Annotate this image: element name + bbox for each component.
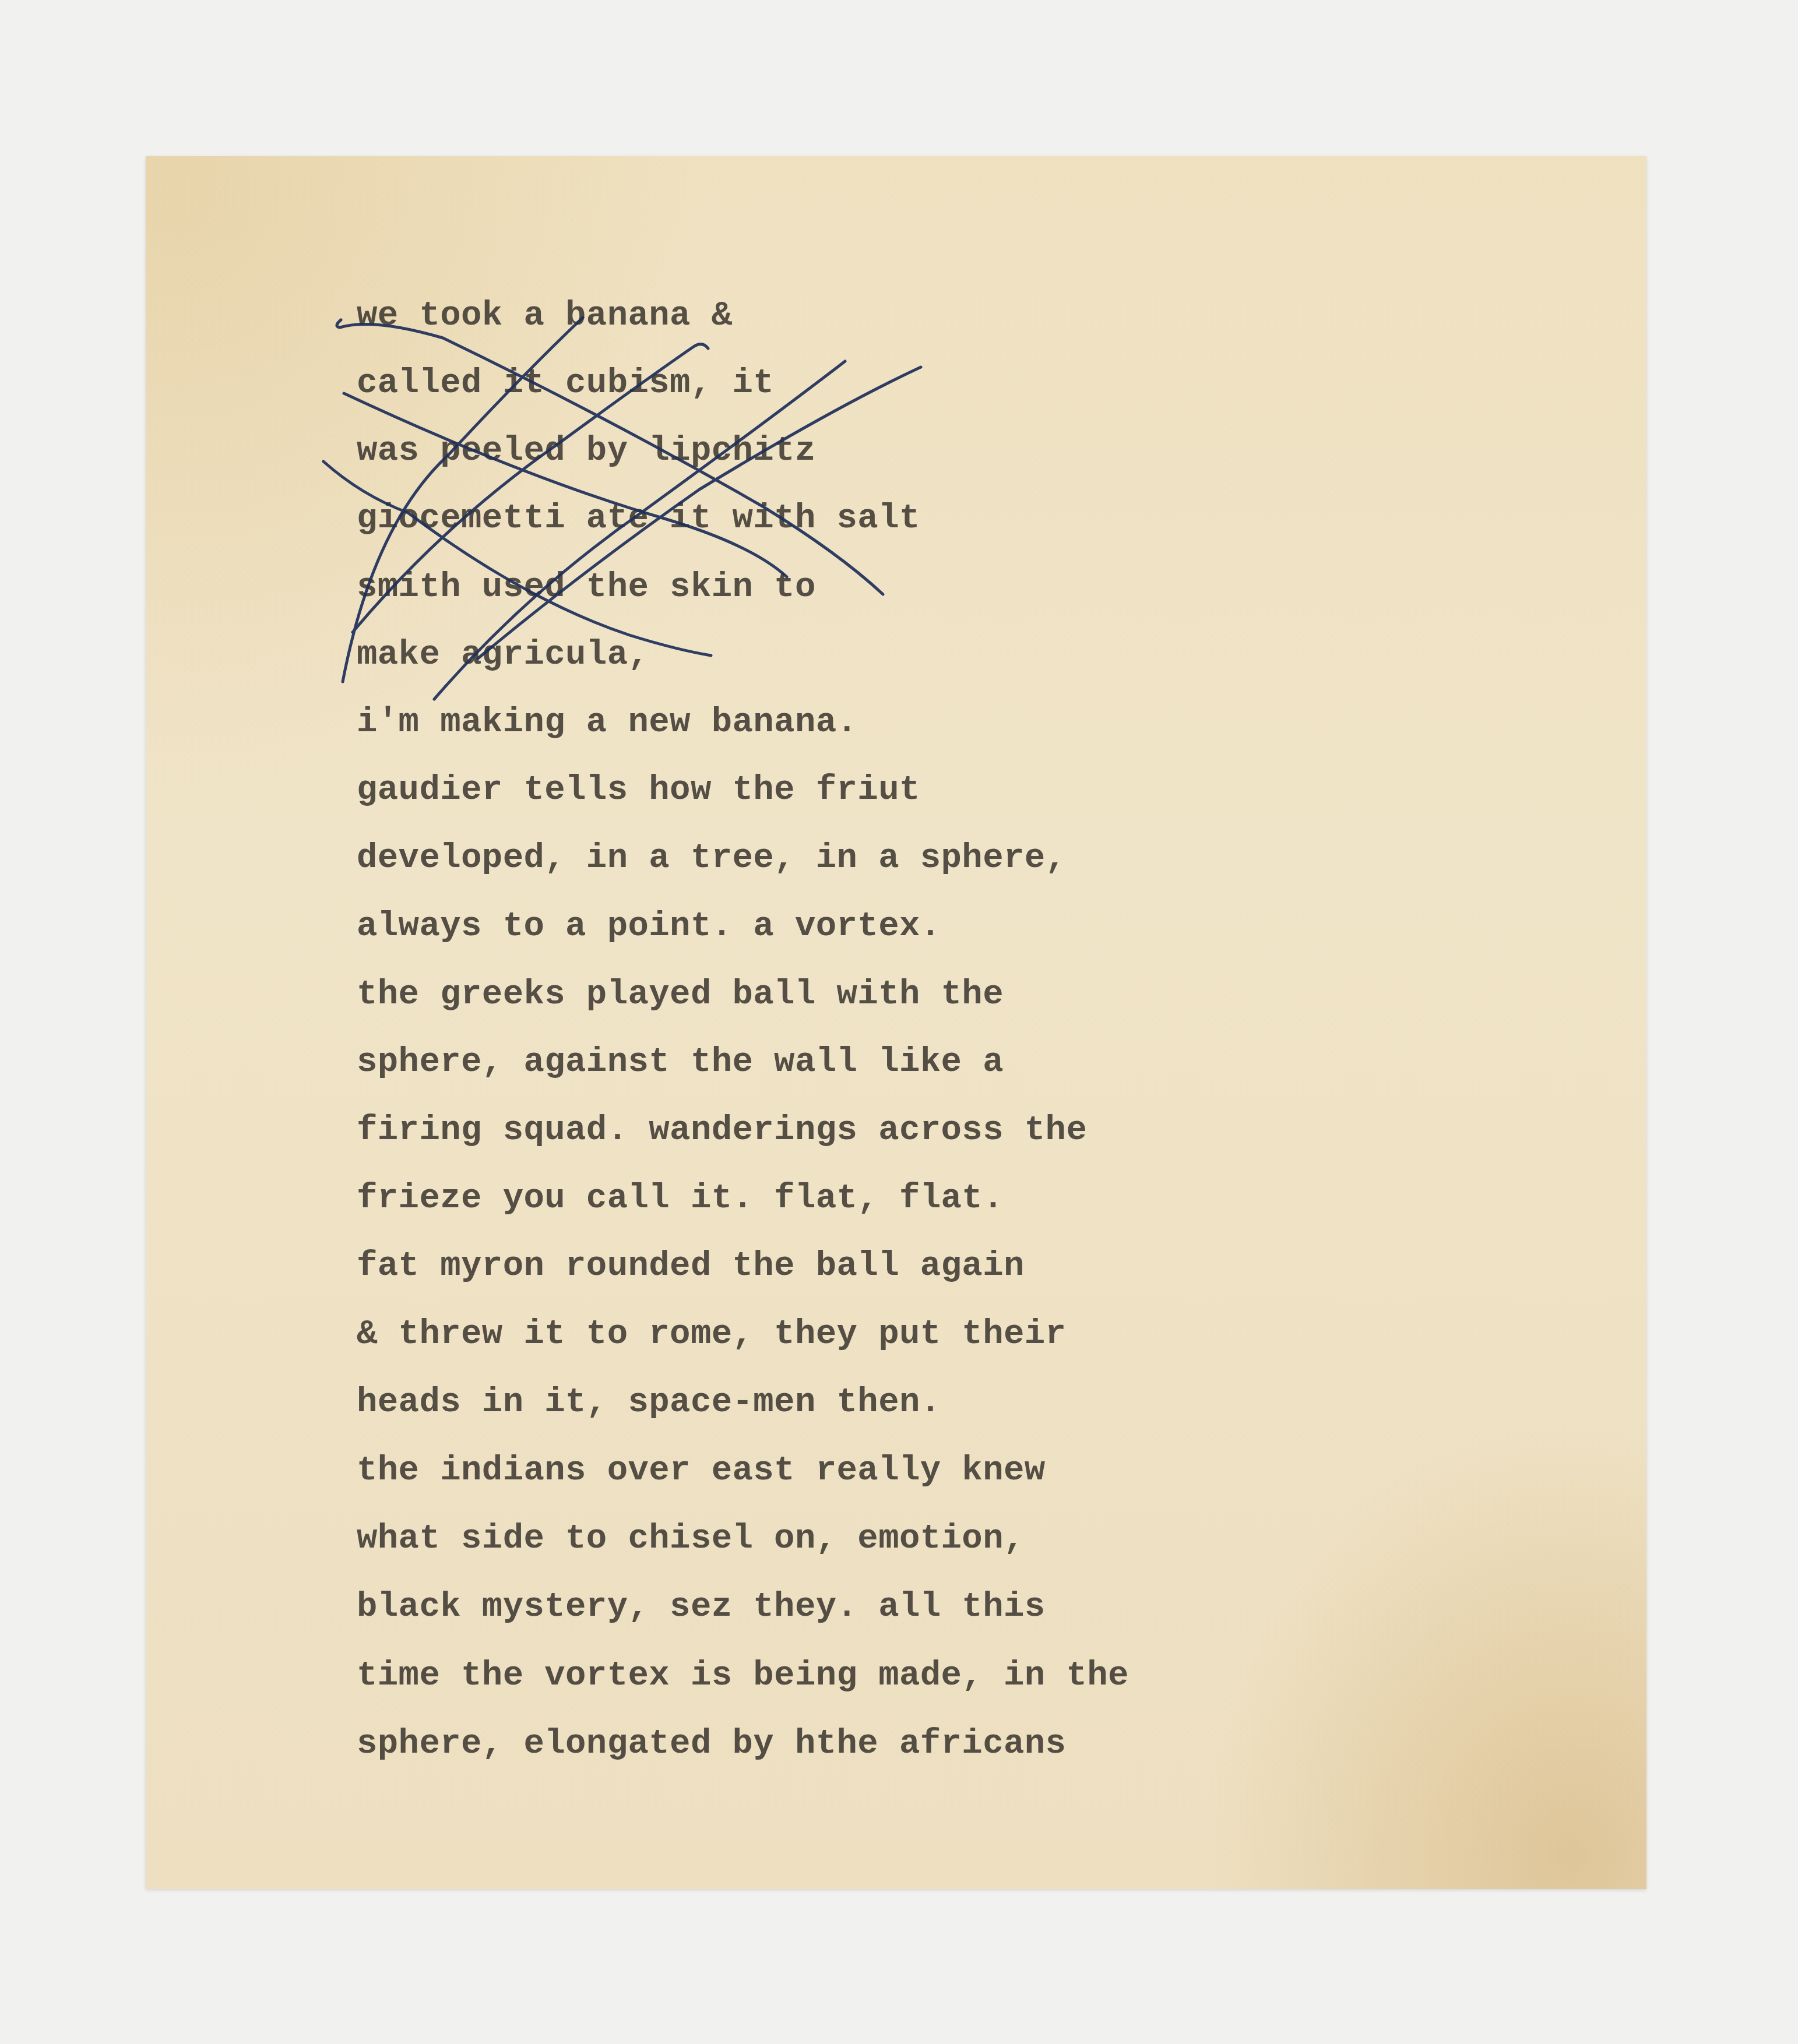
text-line-17: heads in it, space-men then. [357,1385,941,1419]
struck-line-1: we took a banana & [357,298,733,333]
text-line-11: the greeks played ball with the [357,977,1004,1012]
text-line-20: black mystery, sez they. all this [357,1590,1046,1624]
text-line-12: sphere, against the wall like a [357,1045,1004,1079]
text-line-10: always to a point. a vortex. [357,909,941,943]
text-line-22: sphere, elongated by hthe africans [357,1726,1066,1761]
text-line-8: gaudier tells how the friut [357,773,920,807]
text-line-21: time the vortex is being made, in the [357,1658,1129,1693]
text-line-18: the indians over east really knew [357,1453,1046,1488]
struck-line-4: giocemetti ate it with salt [357,501,920,535]
text-line-7: i'm making a new banana. [357,705,857,739]
struck-line-5: smith used the skin to [357,570,816,604]
text-line-16: & threw it to rome, they put their [357,1317,1066,1351]
struck-line-3: was peeled by lipchitz [357,434,816,468]
typewritten-page [146,156,1646,1889]
text-line-9: developed, in a tree, in a sphere, [357,841,1066,875]
struck-line-6: make agricula, [357,637,649,672]
text-line-19: what side to chisel on, emotion, [357,1521,1025,1556]
text-line-15: fat myron rounded the ball again [357,1249,1025,1283]
struck-line-2: called it cubism, it [357,366,774,400]
text-line-14: frieze you call it. flat, flat. [357,1181,1004,1215]
text-line-13: firing squad. wanderings across the [357,1113,1087,1147]
